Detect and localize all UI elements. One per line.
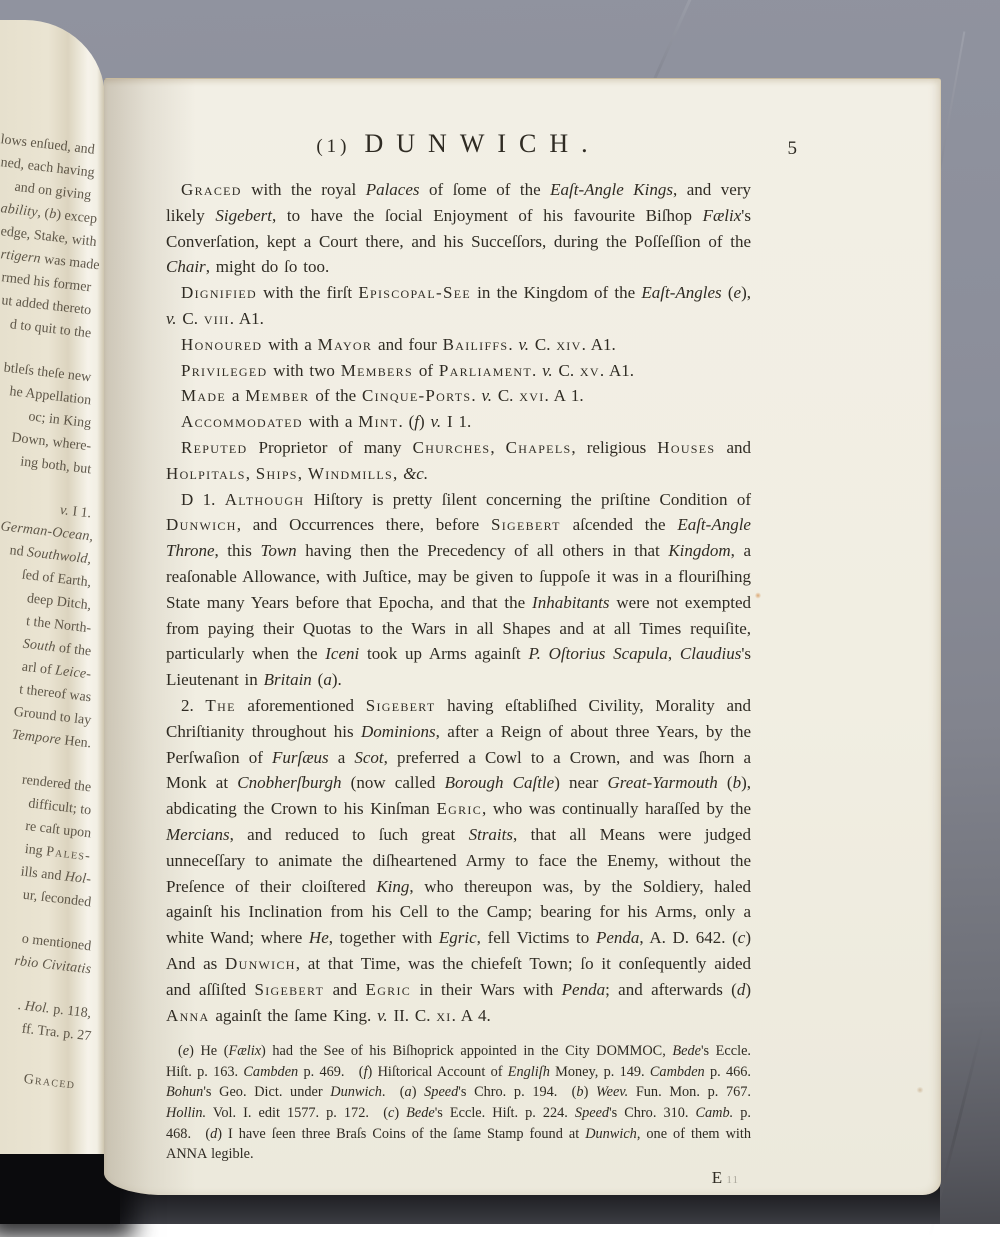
photo-backdrop: lows enſued, andned, each havingand on g… xyxy=(0,0,1000,1224)
body-paragraph: Graced with the royal Palaces of ſome of… xyxy=(166,177,751,280)
body-paragraph: Privileged with two Members of Parliamen… xyxy=(166,358,751,384)
signature-mark: E xyxy=(712,1168,722,1187)
signature-ghost-mark: 11 xyxy=(726,1174,739,1186)
body-paragraph: Made a Member of the Cinque-Ports. v. C.… xyxy=(166,383,751,409)
right-page: (1)DUNWICH. 5 Graced with the royal Pala… xyxy=(104,78,941,1195)
page-header: (1)DUNWICH. 5 xyxy=(166,129,751,165)
body-paragraph: Dignified with the firſt Episcopal-See i… xyxy=(166,280,751,332)
body-text: Graced with the royal Palaces of ſome of… xyxy=(166,177,751,1028)
left-page-text-line: Graced xyxy=(0,1065,106,1100)
header-section-mark: (1) xyxy=(316,136,350,157)
page-content: (1)DUNWICH. 5 Graced with the royal Pala… xyxy=(104,79,751,1188)
footnotes: (e) He (Fælix) had the See of his Biſhop… xyxy=(166,1041,751,1165)
page-number: 5 xyxy=(788,138,798,160)
body-paragraph: Accommodated with a Mint. (f) v. I 1. xyxy=(166,409,751,435)
body-paragraph: 2. The aforementioned Sigebert having eſ… xyxy=(166,693,751,1028)
page-title: DUNWICH. xyxy=(365,129,601,158)
body-paragraph: Honoured with a Mayor and four Bailiffs.… xyxy=(166,332,751,358)
body-paragraph: Reputed Proprietor of many Churches, Cha… xyxy=(166,435,751,487)
left-page-edge: lows enſued, andned, each havingand on g… xyxy=(0,20,105,1154)
body-paragraph: D 1. Although Hiſtory is pretty ſilent c… xyxy=(166,487,751,693)
left-page-text: lows enſued, andned, each havingand on g… xyxy=(0,20,105,1100)
paper-stain xyxy=(916,1087,924,1093)
paper-stain xyxy=(755,592,761,599)
signature-row: E 11 xyxy=(166,1168,751,1188)
